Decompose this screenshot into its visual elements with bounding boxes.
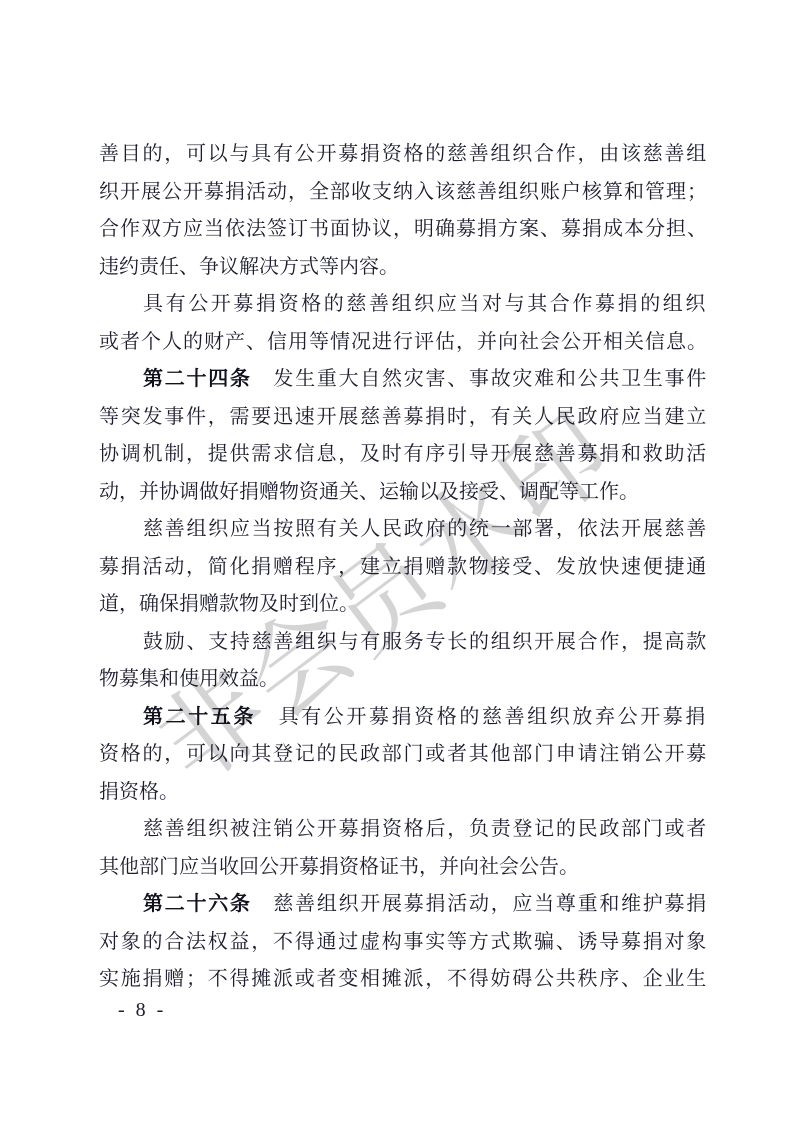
text-line: 捐资格。: [99, 774, 708, 812]
text-line: 道，确保捐赠款物及时到位。: [99, 586, 708, 624]
text-line: 第二十四条 发生重大自然灾害、事故灾难和公共卫生事件: [99, 361, 708, 399]
line-text: 或者个人的财产、信用等情况进行评估，并向社会公开相关信息。: [99, 331, 708, 353]
line-text: 慈善组织应当按照有关人民政府的统一部署，依法开展慈善: [143, 518, 708, 540]
text-line: 违约责任、争议解决方式等内容。: [99, 249, 708, 287]
text-line: 织开展公开募捐活动，全部收支纳入该慈善组织账户核算和管理；: [99, 174, 708, 212]
text-line: 动，并协调做好捐赠物资通关、运输以及接受、调配等工作。: [99, 474, 708, 512]
text-line: 第二十五条 具有公开募捐资格的慈善组织放弃公开募捐: [99, 699, 708, 737]
line-text: 募捐活动，简化捐赠程序，建立捐赠款物接受、发放快速便捷通: [99, 556, 708, 578]
line-text: 慈善组织被注销公开募捐资格后，负责登记的民政部门或者: [143, 818, 708, 840]
line-text: 善目的，可以与具有公开募捐资格的慈善组织合作，由该慈善组: [99, 143, 708, 165]
line-text: 道，确保捐赠款物及时到位。: [99, 593, 359, 615]
line-text: 慈善组织开展募捐活动，应当尊重和维护募捐: [252, 893, 708, 915]
line-text: 发生重大自然灾害、事故灾难和公共卫生事件: [252, 368, 708, 390]
line-text: 织开展公开募捐活动，全部收支纳入该慈善组织账户核算和管理；: [99, 181, 708, 203]
text-line: 具有公开募捐资格的慈善组织应当对与其合作募捐的组织: [99, 286, 708, 324]
text-line: 或者个人的财产、信用等情况进行评估，并向社会公开相关信息。: [99, 324, 708, 362]
line-text: 合作双方应当依法签订书面协议，明确募捐方案、募捐成本分担、: [99, 218, 708, 240]
document-body: 善目的，可以与具有公开募捐资格的慈善组织合作，由该慈善组 织开展公开募捐活动，全…: [99, 136, 708, 999]
text-line: 协调机制，提供需求信息，及时有序引导开展慈善募捐和救助活: [99, 436, 708, 474]
page-number: - 8 -: [118, 999, 166, 1022]
line-text: 鼓励、支持慈善组织与有服务专长的组织开展合作，提高款: [143, 631, 708, 653]
line-text: 物募集和使用效益。: [99, 668, 279, 690]
text-line: 实施捐赠；不得摊派或者变相摊派，不得妨碍公共秩序、企业生: [99, 961, 708, 999]
text-line: 对象的合法权益，不得通过虚构事实等方式欺骗、诱导募捐对象: [99, 924, 708, 962]
document-page: 非会员水印 善目的，可以与具有公开募捐资格的慈善组织合作，由该慈善组 织开展公开…: [0, 0, 793, 1122]
text-line: 第二十六条 慈善组织开展募捐活动，应当尊重和维护募捐: [99, 886, 708, 924]
line-text: 协调机制，提供需求信息，及时有序引导开展慈善募捐和救助活: [99, 443, 708, 465]
text-line: 合作双方应当依法签订书面协议，明确募捐方案、募捐成本分担、: [99, 211, 708, 249]
article-number-label: 第二十四条: [143, 368, 252, 390]
line-text: 违约责任、争议解决方式等内容。: [99, 256, 399, 278]
text-line: 慈善组织被注销公开募捐资格后，负责登记的民政部门或者: [99, 811, 708, 849]
line-text: 实施捐赠；不得摊派或者变相摊派，不得妨碍公共秩序、企业生: [99, 968, 708, 990]
text-line: 募捐活动，简化捐赠程序，建立捐赠款物接受、发放快速便捷通: [99, 549, 708, 587]
text-line: 其他部门应当收回公开募捐资格证书，并向社会公告。: [99, 849, 708, 887]
text-line: 鼓励、支持慈善组织与有服务专长的组织开展合作，提高款: [99, 624, 708, 662]
article-number-label: 第二十五条: [143, 706, 256, 728]
line-text: 其他部门应当收回公开募捐资格证书，并向社会公告。: [99, 856, 579, 878]
line-text: 捐资格。: [99, 781, 179, 803]
line-text: 等突发事件，需要迅速开展慈善募捐时，有关人民政府应当建立: [99, 406, 708, 428]
line-text: 具有公开募捐资格的慈善组织应当对与其合作募捐的组织: [143, 293, 708, 315]
text-line: 物募集和使用效益。: [99, 661, 708, 699]
line-text: 对象的合法权益，不得通过虚构事实等方式欺骗、诱导募捐对象: [99, 931, 708, 953]
line-text: 动，并协调做好捐赠物资通关、运输以及接受、调配等工作。: [99, 481, 639, 503]
article-number-label: 第二十六条: [143, 893, 252, 915]
line-text: 资格的，可以向其登记的民政部门或者其他部门申请注销公开募: [99, 743, 708, 765]
text-line: 善目的，可以与具有公开募捐资格的慈善组织合作，由该慈善组: [99, 136, 708, 174]
text-line: 慈善组织应当按照有关人民政府的统一部署，依法开展慈善: [99, 511, 708, 549]
line-text: 具有公开募捐资格的慈善组织放弃公开募捐: [256, 706, 708, 728]
text-line: 资格的，可以向其登记的民政部门或者其他部门申请注销公开募: [99, 736, 708, 774]
text-line: 等突发事件，需要迅速开展慈善募捐时，有关人民政府应当建立: [99, 399, 708, 437]
